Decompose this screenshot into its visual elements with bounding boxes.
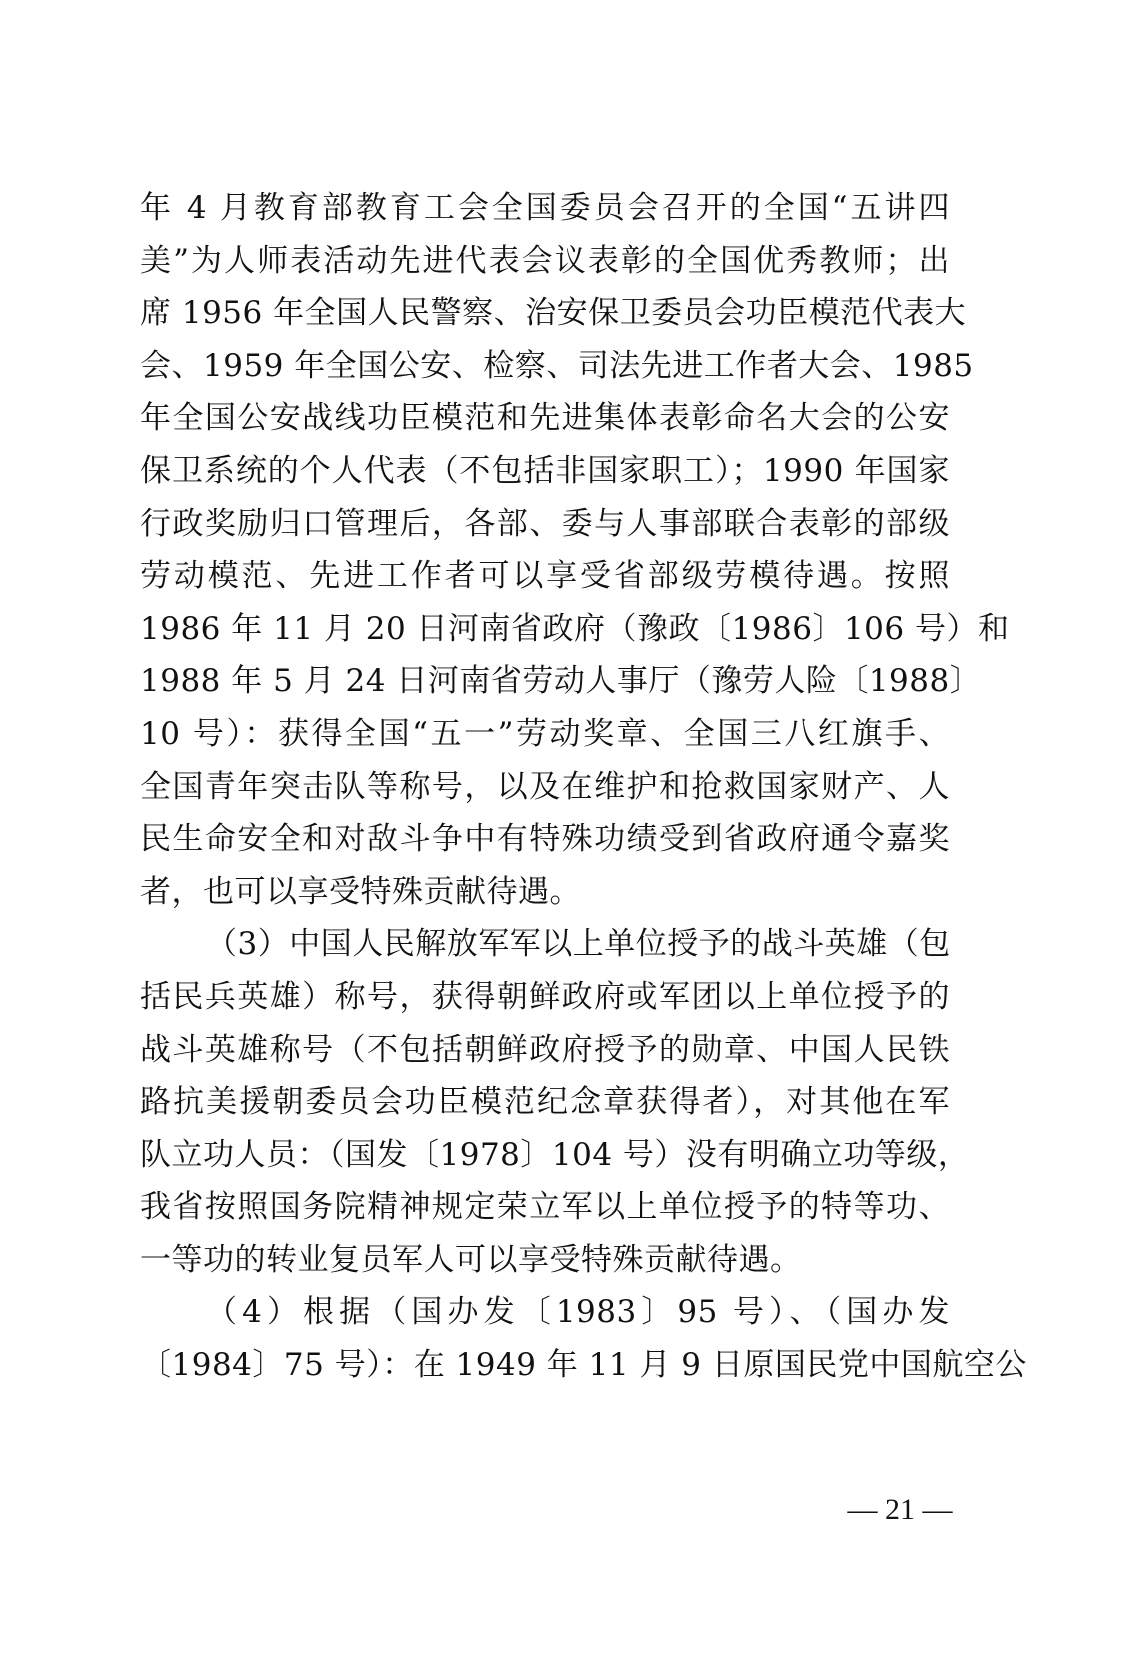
paragraph-4-start: （4）根据（国办发〔1983〕95 号）、（国办发 (140, 1286, 950, 1339)
text-line: 战斗英雄称号（不包括朝鲜政府授予的勋章、中国人民铁 (140, 1024, 950, 1077)
text-line: 民生命安全和对敌斗争中有特殊功绩受到省政府通令嘉奖 (140, 813, 950, 866)
text-line: 一等功的转业复员军人可以享受特殊贡献待遇。 (140, 1234, 950, 1287)
text-line: 者，也可以享受特殊贡献待遇。 (140, 866, 950, 919)
text-line: 路抗美援朝委员会功臣模范纪念章获得者），对其他在军 (140, 1076, 950, 1129)
text-line: 10 号）：获得全国“五一”劳动奖章、全国三八红旗手、 (140, 708, 950, 761)
text-line: 会、1959 年全国公安、检察、司法先进工作者大会、1985 (140, 340, 950, 393)
text-line: 美”为人师表活动先进代表会议表彰的全国优秀教师；出 (140, 235, 950, 288)
page-number: — 21 — (840, 1490, 960, 1530)
text-line: 年全国公安战线功臣模范和先进集体表彰命名大会的公安 (140, 392, 950, 445)
text-line: 保卫系统的个人代表（不包括非国家职工）；1990 年国家 (140, 445, 950, 498)
text-line: 年 4 月教育部教育工会全国委员会召开的全国“五讲四 (140, 182, 950, 235)
text-line: 括民兵英雄）称号，获得朝鲜政府或军团以上单位授予的 (140, 971, 950, 1024)
text-line: 〔1984〕75 号）：在 1949 年 11 月 9 日原国民党中国航空公 (140, 1339, 950, 1392)
text-line: 1986 年 11 月 20 日河南省政府（豫政〔1986〕106 号）和 (140, 603, 950, 656)
text-line: 我省按照国务院精神规定荣立军以上单位授予的特等功、 (140, 1181, 950, 1234)
text-line: 队立功人员：（国发〔1978〕104 号）没有明确立功等级， (140, 1129, 950, 1182)
text-line: 行政奖励归口管理后，各部、委与人事部联合表彰的部级 (140, 498, 950, 551)
text-line: 全国青年突击队等称号，以及在维护和抢救国家财产、人 (140, 761, 950, 814)
text-line: 劳动模范、先进工作者可以享受省部级劳模待遇。按照 (140, 550, 950, 603)
text-line: 1988 年 5 月 24 日河南省劳动人事厅（豫劳人险〔1988〕 (140, 655, 950, 708)
text-line: 席 1956 年全国人民警察、治安保卫委员会功臣模范代表大 (140, 287, 950, 340)
body-text: 年 4 月教育部教育工会全国委员会召开的全国“五讲四 美”为人师表活动先进代表会… (140, 182, 950, 1392)
paragraph-3-start: （3）中国人民解放军军以上单位授予的战斗英雄（包 (140, 918, 950, 971)
document-page: 年 4 月教育部教育工会全国委员会召开的全国“五讲四 美”为人师表活动先进代表会… (0, 0, 1142, 1654)
